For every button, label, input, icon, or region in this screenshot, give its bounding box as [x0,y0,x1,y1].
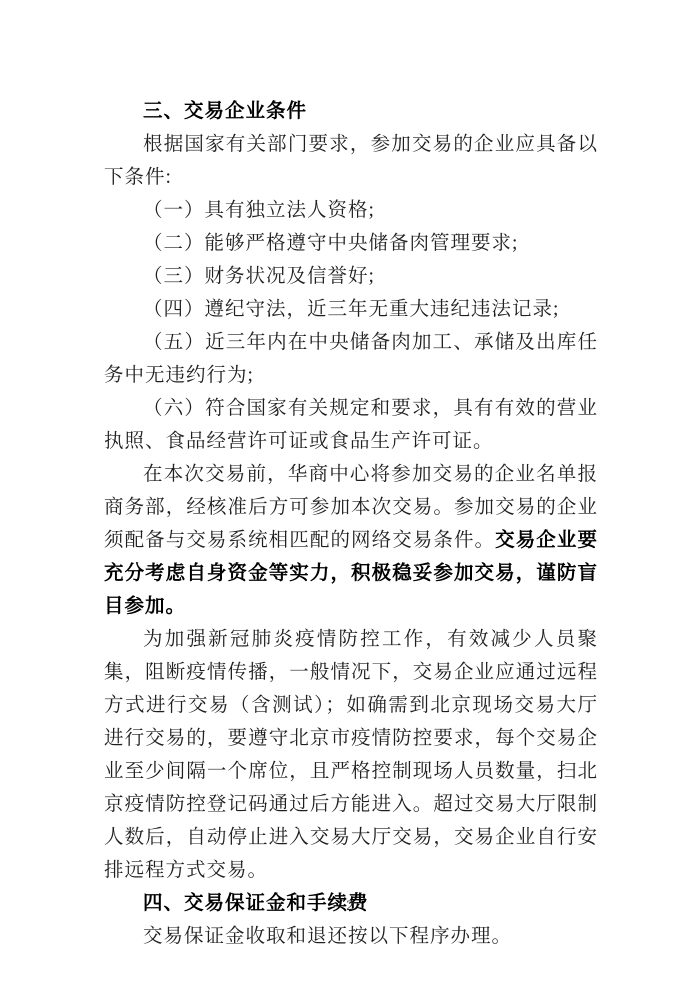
list-item-4: （四）遵纪守法，近三年无重大违纪违法记录; [104,293,598,326]
list-item-5: （五）近三年内在中央储备肉加工、承储及出库任务中无违约行为; [104,326,598,392]
list-item-2: （二）能够严格遵守中央储备肉管理要求; [104,227,598,260]
page-number: 2 [0,898,700,915]
list-item-3: （三）财务状况及信誉好; [104,260,598,293]
document-page: 三、交易企业条件 根据国家有关部门要求，参加交易的企业应具备以下条件: （一）具… [0,0,700,989]
list-item-1: （一）具有独立法人资格; [104,194,598,227]
list-item-6: （六）符合国家有关规定和要求，具有有效的营业执照、食品经营许可证或食品生产许可证… [104,392,598,458]
paragraph-pre-trade-approval: 在本次交易前，华商中心将参加交易的企业名单报商务部，经核准后方可参加本次交易。参… [104,458,598,623]
paragraph-deposit-procedure: 交易保证金收取和退还按以下程序办理。 [104,920,598,953]
section-heading-3: 三、交易企业条件 [104,95,598,128]
paragraph-epidemic-control: 为加强新冠肺炎疫情防控工作，有效减少人员聚集，阻断疫情传播，一般情况下，交易企业… [104,623,598,887]
paragraph-intro-conditions: 根据国家有关部门要求，参加交易的企业应具备以下条件: [104,128,598,194]
document-body: 三、交易企业条件 根据国家有关部门要求，参加交易的企业应具备以下条件: （一）具… [104,95,598,953]
